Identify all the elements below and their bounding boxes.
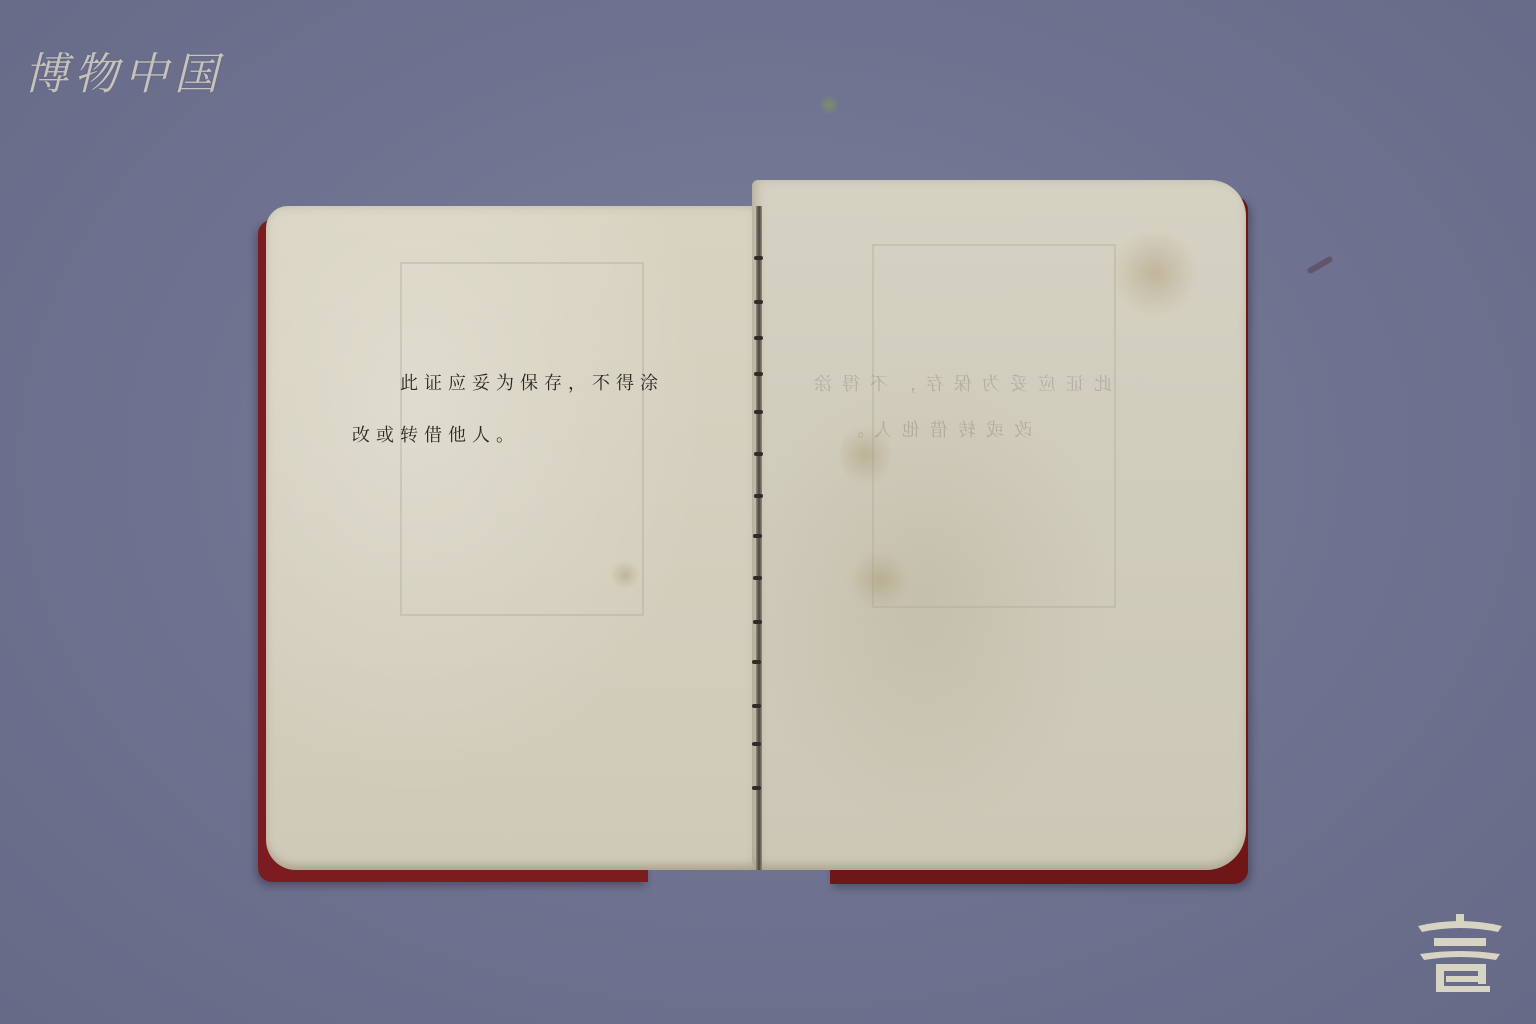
page-stain (1110, 228, 1200, 318)
stitch (753, 620, 762, 624)
bleed-line-2: 改或转借他人。 (804, 408, 1112, 454)
stitch (752, 742, 761, 746)
book-spine (756, 206, 762, 870)
stitch (752, 660, 761, 664)
stitch (753, 534, 762, 538)
stitch (754, 300, 763, 304)
notice-line-1: 此证应妥为保存，不得涂 (352, 358, 742, 410)
stitch (754, 494, 763, 498)
stitch (754, 452, 763, 456)
page-stain (610, 560, 640, 590)
stitch (752, 786, 761, 790)
background-scratch (1306, 255, 1333, 274)
stitch (754, 336, 763, 340)
bleed-line-1: 此证应妥为保存，不得涂 (804, 362, 1112, 408)
pagoda-roof-logo-icon (1414, 912, 1506, 996)
stitch (754, 410, 763, 414)
watermark-text: 博物中国 (24, 38, 224, 102)
notice-line-2: 改或转借他人。 (352, 410, 742, 462)
background-stain (818, 96, 840, 114)
stitch (754, 256, 763, 260)
left-page-notice: 此证应妥为保存，不得涂 改或转借他人。 (352, 358, 742, 462)
stitch (753, 576, 762, 580)
stitch (752, 704, 761, 708)
stitch (754, 372, 763, 376)
page-stain (850, 550, 910, 610)
right-page-bleed-through: 此证应妥为保存，不得涂 改或转借他人。 (804, 362, 1112, 454)
